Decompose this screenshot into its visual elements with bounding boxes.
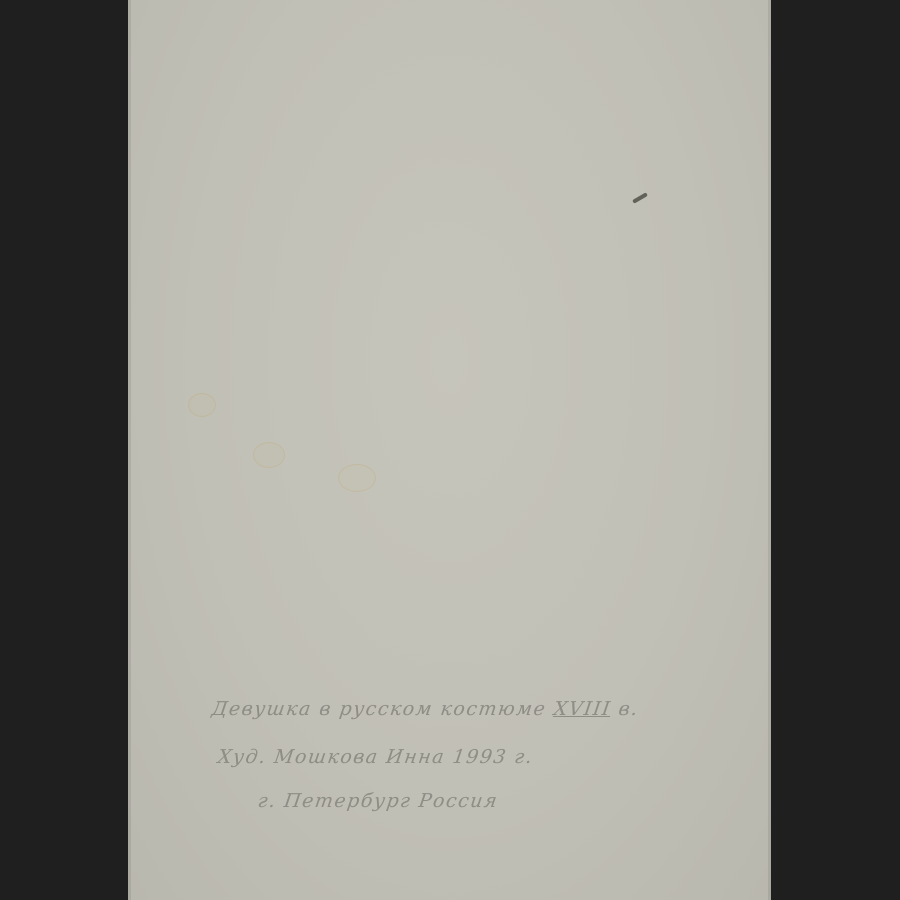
paper-right-edge	[768, 0, 771, 900]
inscription-location-line: г. Петербург Россия	[256, 790, 499, 812]
water-stain	[188, 393, 216, 417]
century-numeral: XVIII	[552, 698, 612, 720]
inscription-title-line: Девушка в русском костюме XVIII в.	[210, 698, 640, 720]
paper-left-edge	[128, 0, 131, 900]
century-suffix: в.	[617, 698, 640, 720]
inscription-artist-line: Худ. Мошкова Инна 1993 г.	[216, 746, 534, 768]
water-stain	[253, 442, 285, 468]
water-stain	[338, 464, 376, 492]
artwork-title: Девушка в русском костюме	[210, 698, 547, 720]
